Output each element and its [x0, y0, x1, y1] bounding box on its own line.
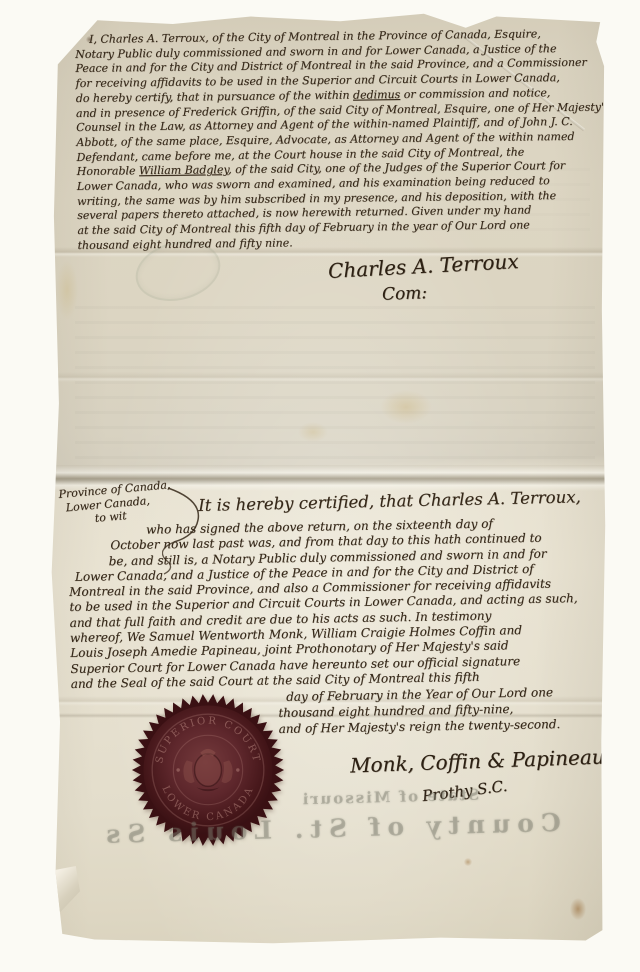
- scanned-document: I, Charles A. Terroux, of the City of Mo…: [0, 0, 640, 972]
- paper-sheet: I, Charles A. Terroux, of the City of Mo…: [50, 10, 608, 947]
- underlined-name: William Badgley: [139, 163, 228, 177]
- stain: [298, 422, 328, 442]
- fold-crease: [50, 372, 608, 382]
- signature-prothonotaries: Monk, Coffin & Papineau: [350, 745, 605, 778]
- line-text: do hereby certify, that in pursuance of …: [76, 88, 353, 104]
- underlined-word: dedimus: [353, 88, 400, 102]
- stain: [464, 858, 472, 866]
- certification-closing-lines: day of February in the Year of Our Lord …: [278, 684, 560, 738]
- stain: [570, 898, 586, 920]
- signature-terroux-title: Com:: [382, 283, 428, 305]
- certification-paragraph: who has signed the above return, on the …: [68, 515, 579, 692]
- stain: [380, 390, 432, 424]
- wax-seal: SUPERIOR COURT LOWER CANADA: [131, 693, 285, 847]
- notarial-return-paragraph: I, Charles A. Terroux, of the City of Mo…: [75, 26, 611, 253]
- signature-prothonotaries-title: Prothy S.C.: [421, 777, 508, 805]
- line-text: or commission and notice,: [400, 86, 550, 101]
- jurisdiction-margin-note: Province of Canada, Lower Canada, to wit: [58, 478, 173, 528]
- torn-corner-flap: [52, 866, 80, 912]
- line-text: Honorable: [77, 165, 139, 179]
- stain: [56, 260, 78, 320]
- bleedthrough-texture: [75, 298, 595, 470]
- certification-opening-line: It is hereby certified, that Charles A. …: [198, 487, 581, 515]
- signature-terroux: Charles A. Terroux: [328, 249, 520, 283]
